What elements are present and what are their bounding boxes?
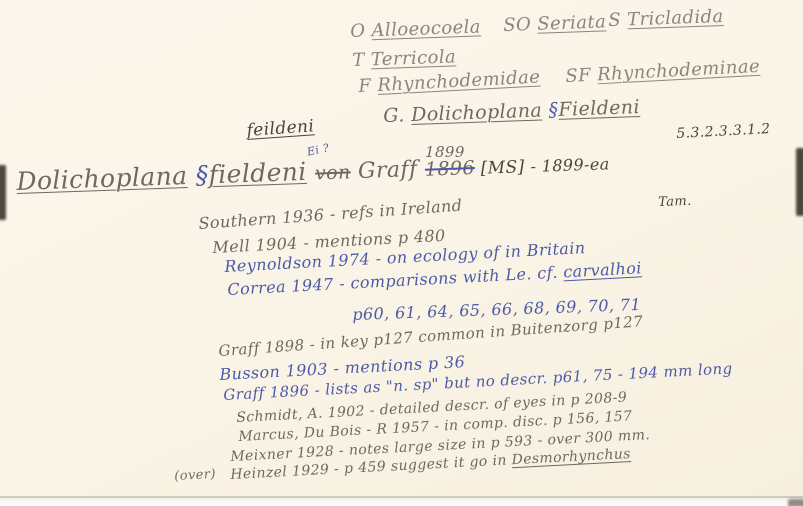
title-species: fieldeni <box>208 157 307 189</box>
genus-name: Dolichoplana <box>411 99 543 126</box>
species-spelling-note: feildeni <box>246 117 315 140</box>
taxon-order-name: Alloeocoela <box>371 16 481 41</box>
species-epithet: carvalhoi <box>563 258 642 281</box>
species-name: Fieldeni <box>558 96 640 121</box>
taxon-rank-letter: T <box>352 49 371 71</box>
taxon-rank-letter: G. <box>383 104 412 127</box>
tam-note: Tam. <box>658 195 692 210</box>
corrected-year-note: - 1899-ea <box>530 154 610 176</box>
struck-year: 1896 <box>425 157 476 181</box>
taxon-suborder-name: Seriata <box>537 11 607 34</box>
taxon-rank-letter: F <box>358 75 378 97</box>
taxon-tribe: T Terricola <box>352 47 456 70</box>
right-edge-shadow <box>796 148 803 216</box>
bottom-right-corner-shadow <box>788 499 803 506</box>
taxon-family-name: Rhynchodemidae <box>377 66 541 95</box>
card: O AlloeocoelaSO SeriataS TricladidaT Ter… <box>0 0 803 497</box>
taxon-subfamily-name: Rhynchodeminae <box>597 56 761 86</box>
over-note: (over) <box>174 468 216 484</box>
ms-bracket-note: [MS] <box>475 157 531 179</box>
taxon-rank-letter: S <box>608 9 628 31</box>
over-note-text: (over) <box>174 467 216 484</box>
left-edge-shadow <box>0 165 6 220</box>
taxon-suborder: SO Seriata <box>503 12 606 35</box>
catalog-number: 5.3.2.3.3.1.2 <box>676 122 771 142</box>
taxon-rank-letter: SO <box>503 14 538 36</box>
taxon-tribe-name: Terricola <box>370 46 456 70</box>
catalog-number-value: 5.3.2.3.3.1.2 <box>676 121 771 142</box>
blue-correction-mark: § <box>195 160 209 189</box>
tam-note-text: Tam. <box>658 194 692 210</box>
genus-species-line: G. Dolichoplana §Fieldeni <box>383 97 640 127</box>
species-spelling: feildeni <box>246 116 315 141</box>
author-name: Graff <box>350 157 425 185</box>
scanned-index-card-photo: O AlloeocoelaSO SeriataS TricladidaT Ter… <box>0 0 803 506</box>
struck-von: von <box>315 161 351 184</box>
taxon-section-name: Tricladida <box>627 6 724 30</box>
scan-background <box>0 498 803 506</box>
taxon-subfamily: SF Rhynchodeminae <box>565 57 761 87</box>
taxon-family: F Rhynchodemidae <box>358 67 541 96</box>
taxon-section: S Tricladida <box>608 7 724 31</box>
taxon-rank-letter: SF <box>565 64 598 87</box>
taxon-order: O Alloeocoela <box>350 17 481 41</box>
taxon-rank-letter: O <box>350 20 372 42</box>
title-genus: Dolichoplana <box>16 161 188 196</box>
